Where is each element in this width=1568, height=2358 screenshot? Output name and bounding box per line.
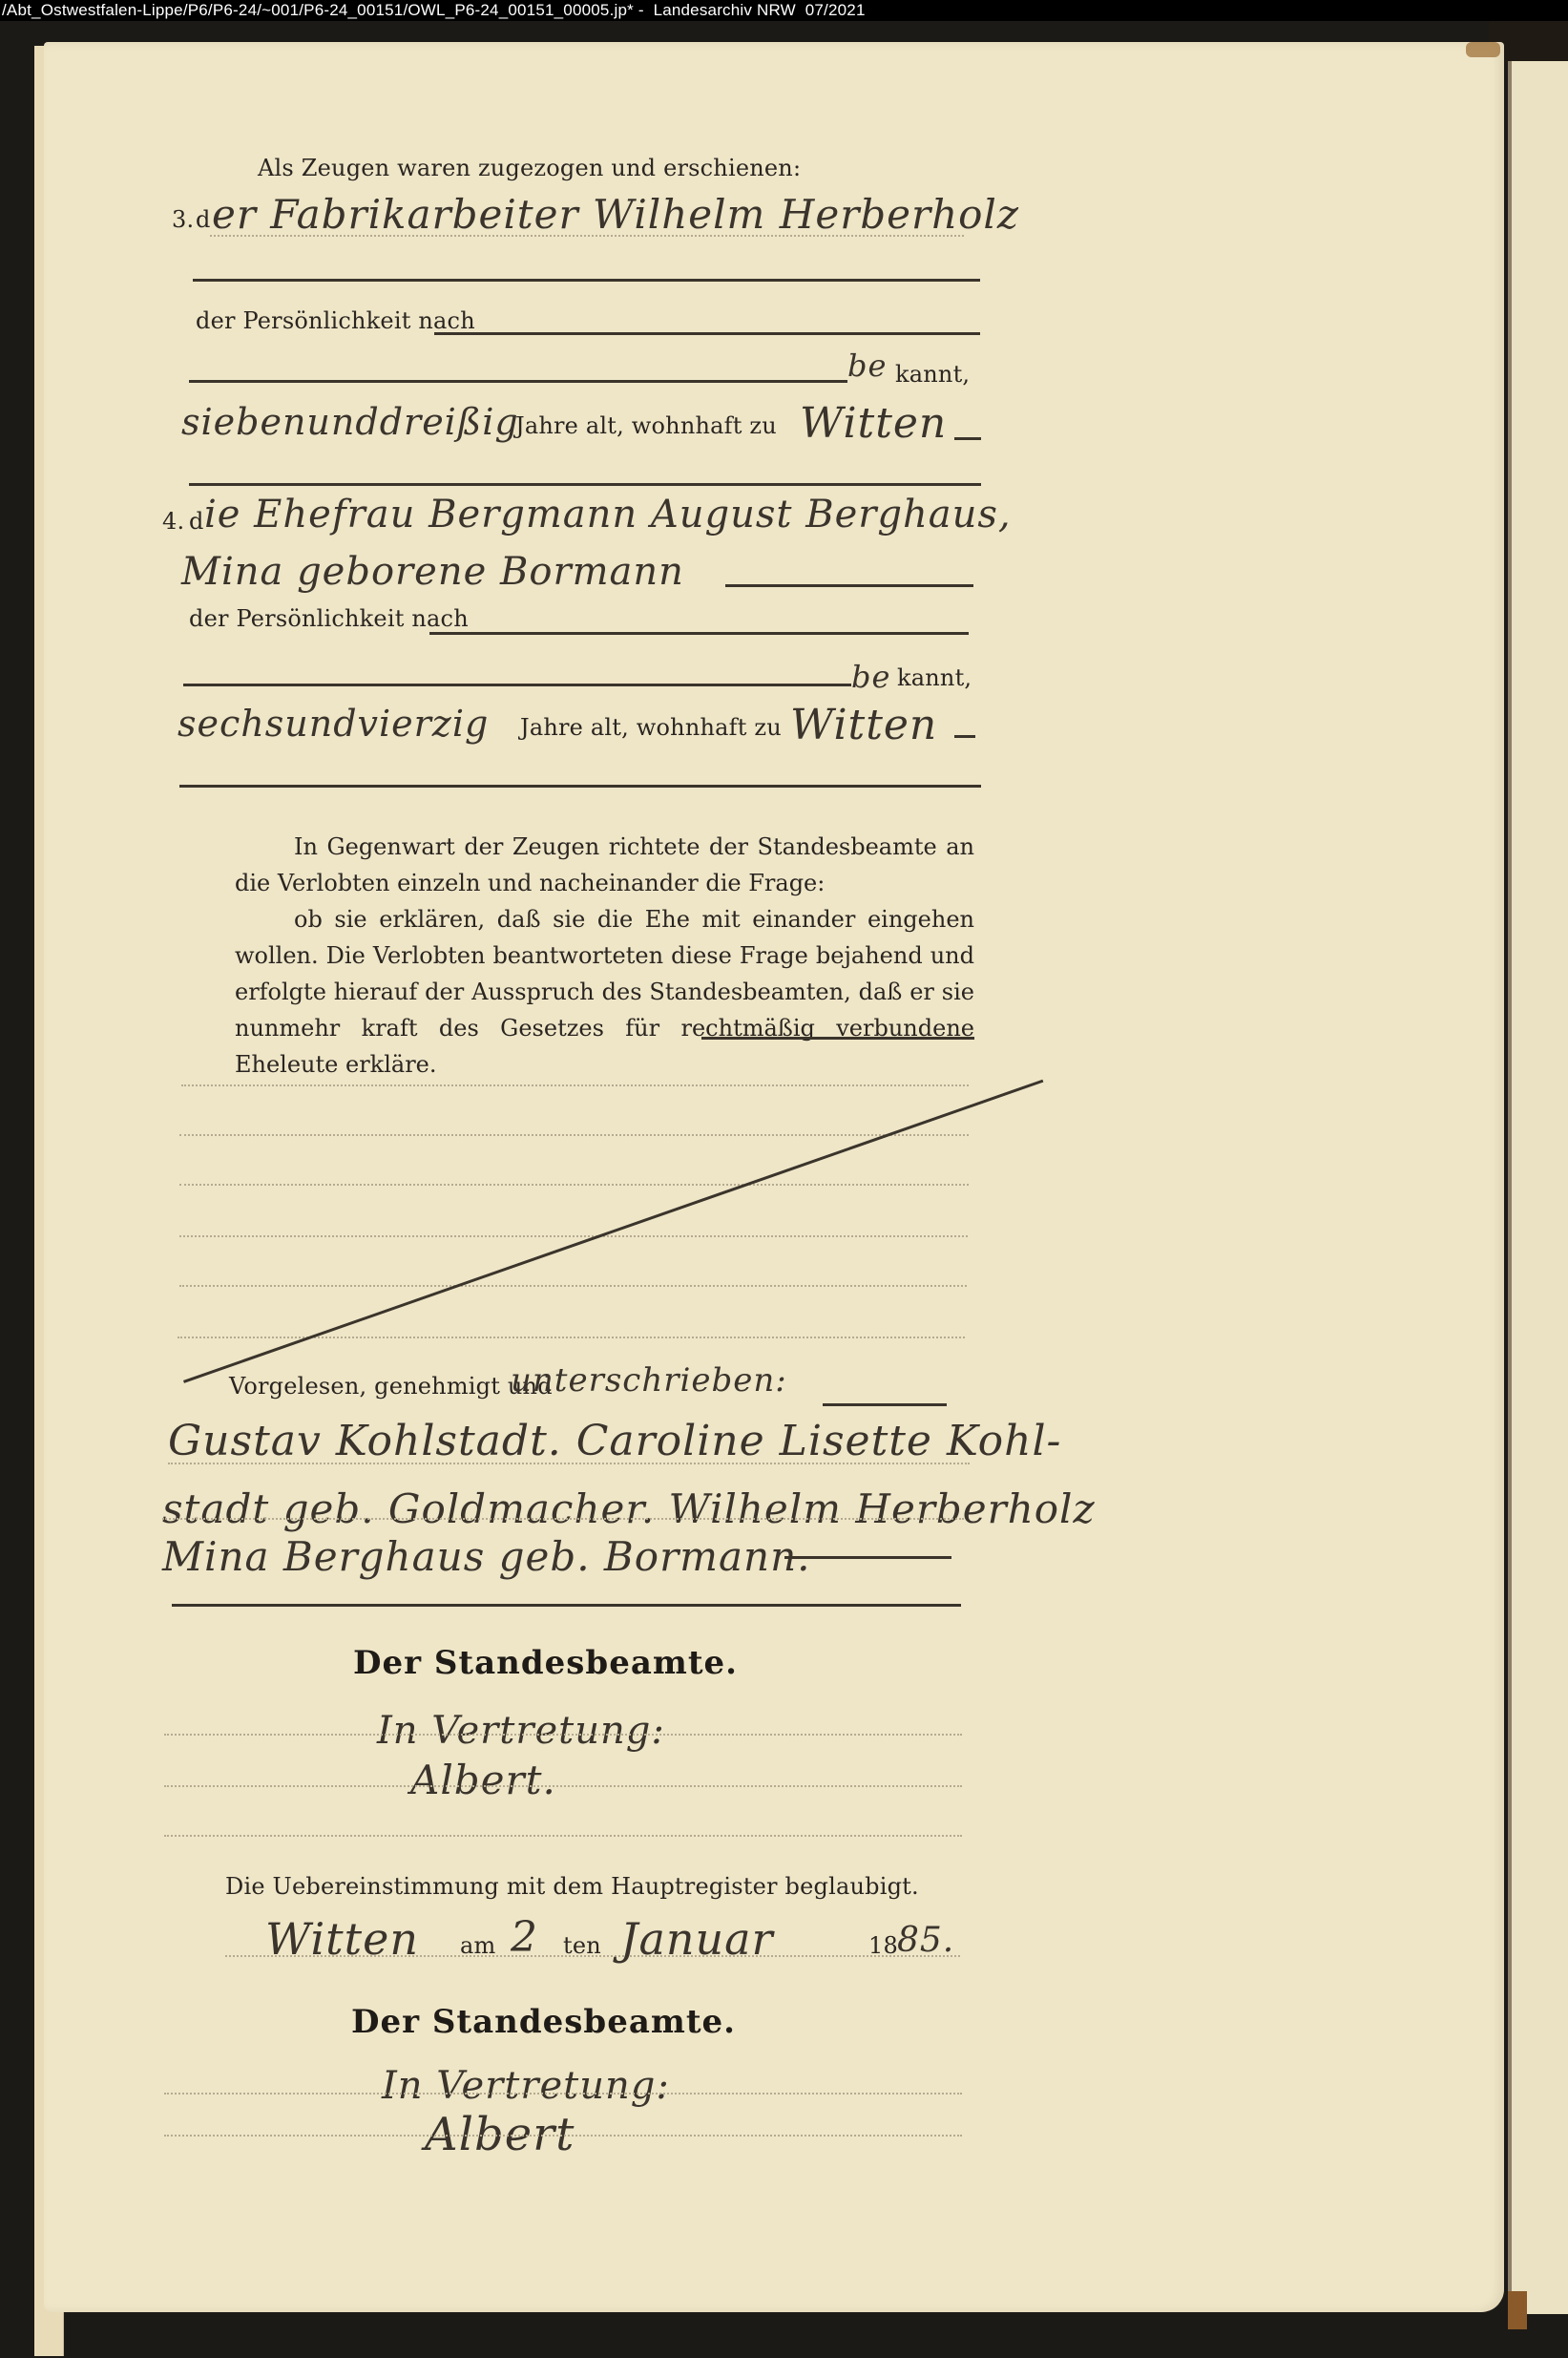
- ceremony-declaration: ob sie erklären, daß sie die Ehe mit ein…: [235, 901, 974, 1083]
- signing-print: Vorgelesen, genehmigt und: [229, 1373, 553, 1400]
- dotted-line: [164, 2093, 962, 2095]
- dotted-line: [164, 1835, 962, 1837]
- rule: [784, 1556, 951, 1559]
- dotted-line: [178, 1337, 965, 1338]
- witness4-number: 4.: [162, 508, 184, 535]
- ceremony-question-intro: In Gegenwart der Zeugen richtete der Sta…: [235, 829, 974, 901]
- rule: [189, 380, 847, 383]
- witness4-line1: ie Ehefrau Bergmann August Berghaus,: [204, 493, 1012, 537]
- witness3-identity-label: der Persönlichkeit nach: [196, 307, 475, 334]
- rule: [434, 332, 980, 335]
- certification-month: Januar: [620, 1913, 774, 1965]
- certification-year-hand: 85.: [897, 1921, 954, 1960]
- dotted-line: [179, 1235, 968, 1237]
- signature-line-1: Gustav Kohlstadt. Caroline Lisette Kohl-: [168, 1417, 1061, 1465]
- dotted-line: [164, 1785, 962, 1787]
- certification-am: am: [460, 1932, 495, 1959]
- rule: [183, 684, 851, 686]
- witness3-name: er Fabrikarbeiter Wilhelm Herberholz: [212, 191, 1019, 238]
- official-heading-2: Der Standesbeamte.: [351, 2003, 736, 2041]
- official-2-deputy: In Vertretung:: [382, 2064, 670, 2108]
- dotted-line: [164, 1734, 962, 1736]
- corner-stain: [1466, 42, 1500, 57]
- witness4-age-hand: sechsundvierzig: [178, 703, 489, 745]
- rule: [193, 279, 980, 282]
- ceremony-paragraph: In Gegenwart der Zeugen richtete der Sta…: [235, 829, 974, 1083]
- rule: [725, 584, 973, 587]
- dotted-line: [164, 2135, 962, 2137]
- witness4-line2: Mina geborene Bormann: [181, 550, 684, 594]
- official-1-deputy: In Vertretung:: [377, 1709, 665, 1753]
- rule: [701, 1037, 974, 1040]
- certification-place: Witten: [265, 1913, 419, 1965]
- certification-day: 2: [511, 1913, 538, 1962]
- dotted-line: [181, 1084, 969, 1086]
- witness3-age-print: Jahre alt, wohnhaft zu: [515, 412, 777, 439]
- witness4-age-print: Jahre alt, wohnhaft zu: [520, 714, 782, 741]
- witness3-age-hand: siebenunddreißig: [181, 401, 519, 443]
- dotted-line: [179, 1184, 969, 1186]
- rule: [172, 1604, 961, 1607]
- next-page-edge: [1508, 61, 1568, 2314]
- witness3-prefix: d: [196, 206, 211, 233]
- witness4-prefix: d: [189, 508, 204, 535]
- binding-stain: [1508, 2291, 1527, 2329]
- witness4-residence: Witten: [790, 701, 937, 749]
- certification-text: Die Uebereinstimmung mit dem Hauptregist…: [225, 1873, 919, 1900]
- official-1-signature: Albert.: [410, 1757, 556, 1803]
- rule: [189, 483, 981, 486]
- witness3-known-hand: be: [847, 347, 887, 384]
- signature-line-3: Mina Berghaus geb. Bormann.: [162, 1533, 810, 1580]
- rule: [823, 1403, 947, 1406]
- signing-hand: unterschrieben:: [511, 1361, 787, 1400]
- window-title-bar: /Abt_Ostwestfalen-Lippe/P6/P6-24/~001/P6…: [0, 0, 1568, 21]
- dotted-line: [210, 235, 964, 237]
- witness-intro: Als Zeugen waren zugezogen und erschiene…: [258, 155, 801, 181]
- rule: [429, 632, 969, 635]
- rule: [954, 437, 981, 440]
- witness4-known-print: kannt,: [897, 664, 972, 691]
- dotted-line: [162, 1518, 964, 1520]
- witness4-known-hand: be: [851, 659, 890, 695]
- rule: [954, 735, 975, 738]
- witness3-number: 3.: [172, 206, 194, 233]
- certification-ten: ten: [563, 1932, 601, 1959]
- certification-year-print: 18: [868, 1932, 898, 1959]
- dotted-line: [179, 1134, 969, 1136]
- dotted-line: [179, 1285, 967, 1287]
- witness3-known-print: kannt,: [895, 361, 970, 388]
- signature-line-2: stadt geb. Goldmacher. Wilhelm Herberhol…: [162, 1485, 1096, 1532]
- witness4-identity-label: der Persönlichkeit nach: [189, 605, 469, 632]
- rule: [179, 785, 981, 788]
- witness3-residence: Witten: [800, 399, 947, 448]
- dotted-line: [168, 1463, 970, 1464]
- official-heading-1: Der Standesbeamte.: [353, 1644, 738, 1682]
